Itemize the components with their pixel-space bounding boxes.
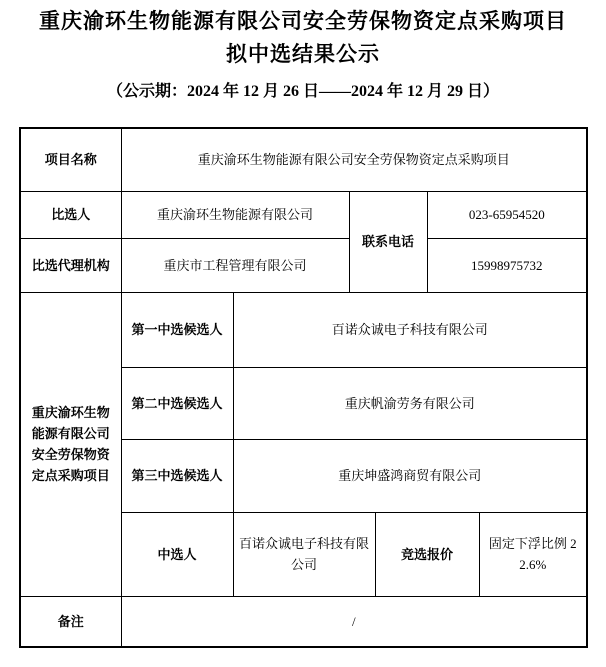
table-row: 比选代理机构 重庆市工程管理有限公司 15998975732 <box>20 238 587 292</box>
agency-label: 比选代理机构 <box>20 238 121 292</box>
agency-value: 重庆市工程管理有限公司 <box>121 238 349 292</box>
announcement-page: 重庆渝环生物能源有限公司安全劳保物资定点采购项目 拟中选结果公示 （公示期：20… <box>0 0 606 667</box>
agency-phone-value: 15998975732 <box>427 238 587 292</box>
table-row: 项目名称 重庆渝环生物能源有限公司安全劳保物资定点采购项目 <box>20 128 587 191</box>
winner-label: 中选人 <box>121 512 233 596</box>
publicity-period: （公示期：2024 年 12 月 26 日——2024 年 12 月 29 日） <box>0 82 606 101</box>
remark-value: / <box>121 596 587 647</box>
title-line-1: 重庆渝环生物能源有限公司安全劳保物资定点采购项目 <box>0 5 606 38</box>
winner-name: 百诺众诚电子科技有限公司 <box>233 512 375 596</box>
bid-price-label: 竞选报价 <box>375 512 479 596</box>
table-row: 重庆渝环生物能源有限公司安全劳保物资定点采购项目 第一中选候选人 百诺众诚电子科… <box>20 292 587 367</box>
bid-price-value: 固定下浮比例 22.6% <box>479 512 587 596</box>
result-table: 项目名称 重庆渝环生物能源有限公司安全劳保物资定点采购项目 比选人 重庆渝环生物… <box>19 127 588 648</box>
candidate-2-rank-label: 第二中选候选人 <box>121 367 233 439</box>
candidate-1-name: 百诺众诚电子科技有限公司 <box>233 292 587 367</box>
contact-phone-label: 联系电话 <box>349 191 427 292</box>
table-row: 备注 / <box>20 596 587 647</box>
candidate-1-rank-label: 第一中选候选人 <box>121 292 233 367</box>
project-name-label: 项目名称 <box>20 128 121 191</box>
table-row: 比选人 重庆渝环生物能源有限公司 联系电话 023-65954520 <box>20 191 587 238</box>
remark-label: 备注 <box>20 596 121 647</box>
candidate-3-rank-label: 第三中选候选人 <box>121 439 233 512</box>
title-line-2: 拟中选结果公示 <box>0 38 606 71</box>
selector-value: 重庆渝环生物能源有限公司 <box>121 191 349 238</box>
selector-label: 比选人 <box>20 191 121 238</box>
project-group-label: 重庆渝环生物能源有限公司安全劳保物资定点采购项目 <box>20 292 121 596</box>
candidate-2-name: 重庆帆渝劳务有限公司 <box>233 367 587 439</box>
project-name-value: 重庆渝环生物能源有限公司安全劳保物资定点采购项目 <box>121 128 587 191</box>
announcement-header: 重庆渝环生物能源有限公司安全劳保物资定点采购项目 拟中选结果公示 （公示期：20… <box>0 0 606 101</box>
candidate-3-name: 重庆坤盛鸿商贸有限公司 <box>233 439 587 512</box>
selector-phone-value: 023-65954520 <box>427 191 587 238</box>
